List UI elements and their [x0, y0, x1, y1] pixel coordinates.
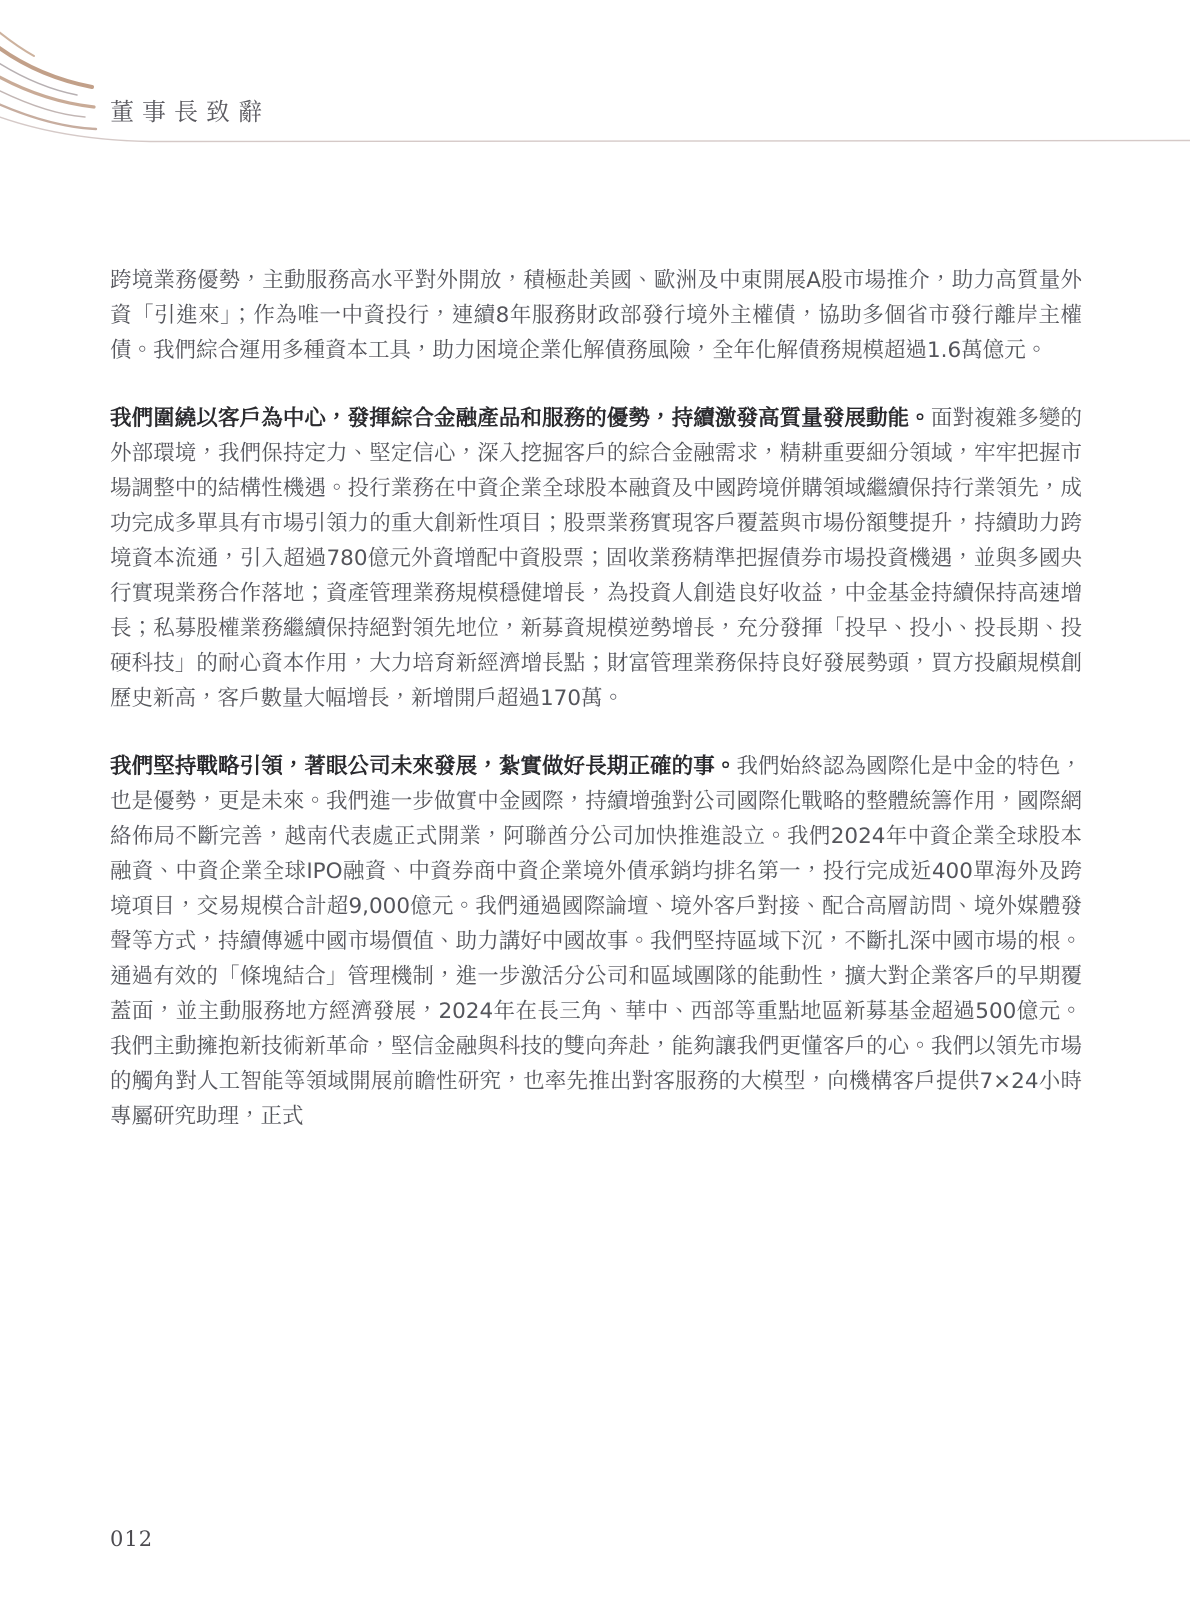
page-number: 012 [110, 1527, 153, 1551]
paragraph-text: 面對複雜多變的外部環境，我們保持定力、堅定信心，深入挖掘客戶的綜合金融需求，精耕… [110, 406, 1082, 711]
paragraph-text: 我們始終認為國際化是中金的特色，也是優勢，更是未來。我們進一步做實中金國際，持續… [110, 754, 1082, 1129]
paragraph-lead: 我們圍繞以客戶為中心，發揮綜合金融產品和服務的優勢，持續激發高質量發展動能。 [110, 406, 931, 431]
paragraph: 我們堅持戰略引領，著眼公司未來發展，紮實做好長期正確的事。我們始終認為國際化是中… [110, 749, 1082, 1134]
body-text: 跨境業務優勢，主動服務高水平對外開放，積極赴美國、歐洲及中東開展A股市場推介，助… [110, 263, 1082, 1134]
paragraph: 跨境業務優勢，主動服務高水平對外開放，積極赴美國、歐洲及中東開展A股市場推介，助… [110, 263, 1082, 368]
document-page: 董事長致辭 跨境業務優勢，主動服務高水平對外開放，積極赴美國、歐洲及中東開展A股… [0, 0, 1190, 1615]
swoosh-arcs-icon [0, 0, 1190, 150]
paragraph-lead: 我們堅持戰略引領，著眼公司未來發展，紮實做好長期正確的事。 [110, 754, 736, 779]
page-title: 董事長致辭 [110, 92, 270, 127]
paragraph-text: 跨境業務優勢，主動服務高水平對外開放，積極赴美國、歐洲及中東開展A股市場推介，助… [110, 268, 1082, 363]
paragraph: 我們圍繞以客戶為中心，發揮綜合金融產品和服務的優勢，持續激發高質量發展動能。面對… [110, 401, 1082, 716]
